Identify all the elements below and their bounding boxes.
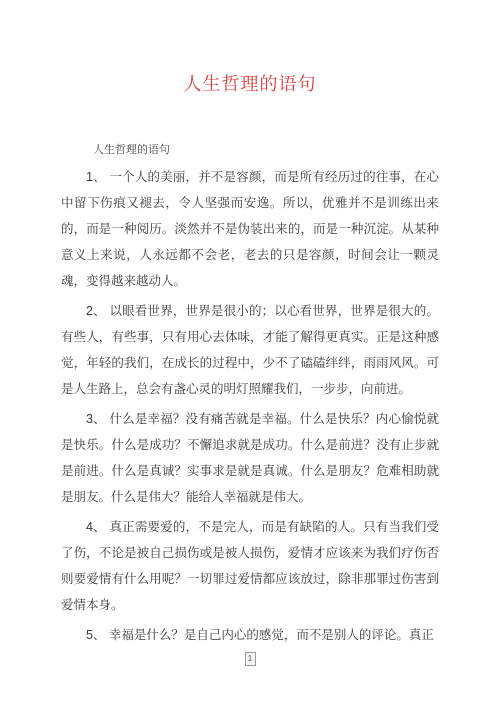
paragraph-3: 3、 什么是幸福？没有痛苦就是幸福。什么是快乐？内心愉悦就是快乐。什么是成功？不… bbox=[61, 406, 439, 510]
document-page: 人生哲理的语句 人生哲理的语句 1、 一个人的美丽，并不是容颜，而是所有经历过的… bbox=[0, 0, 500, 708]
page-footer: 1 bbox=[0, 648, 500, 666]
page-number-badge: 1 bbox=[245, 652, 256, 666]
paragraph-1: 1、 一个人的美丽，并不是容颜，而是所有经历过的往事，在心中留下伤痕又褪去，令人… bbox=[61, 164, 439, 294]
document-body: 1、 一个人的美丽，并不是容颜，而是所有经历过的往事，在心中留下伤痕又褪去，令人… bbox=[61, 164, 439, 648]
page-title: 人生哲理的语句 bbox=[61, 72, 439, 96]
document-subtitle: 人生哲理的语句 bbox=[93, 142, 439, 158]
paragraph-4: 4、 真正需要爱的，不是完人，而是有缺陷的人。只有当我们受了伤，不论是被自己损伤… bbox=[61, 514, 439, 618]
paragraph-5: 5、 幸福是什么？是自己内心的感觉，而不是别人的评论。真正 bbox=[61, 622, 439, 648]
paragraph-2: 2、 以眼看世界，世界是很小的；以心看世界，世界是很大的。有些人，有些事，只有用… bbox=[61, 298, 439, 402]
